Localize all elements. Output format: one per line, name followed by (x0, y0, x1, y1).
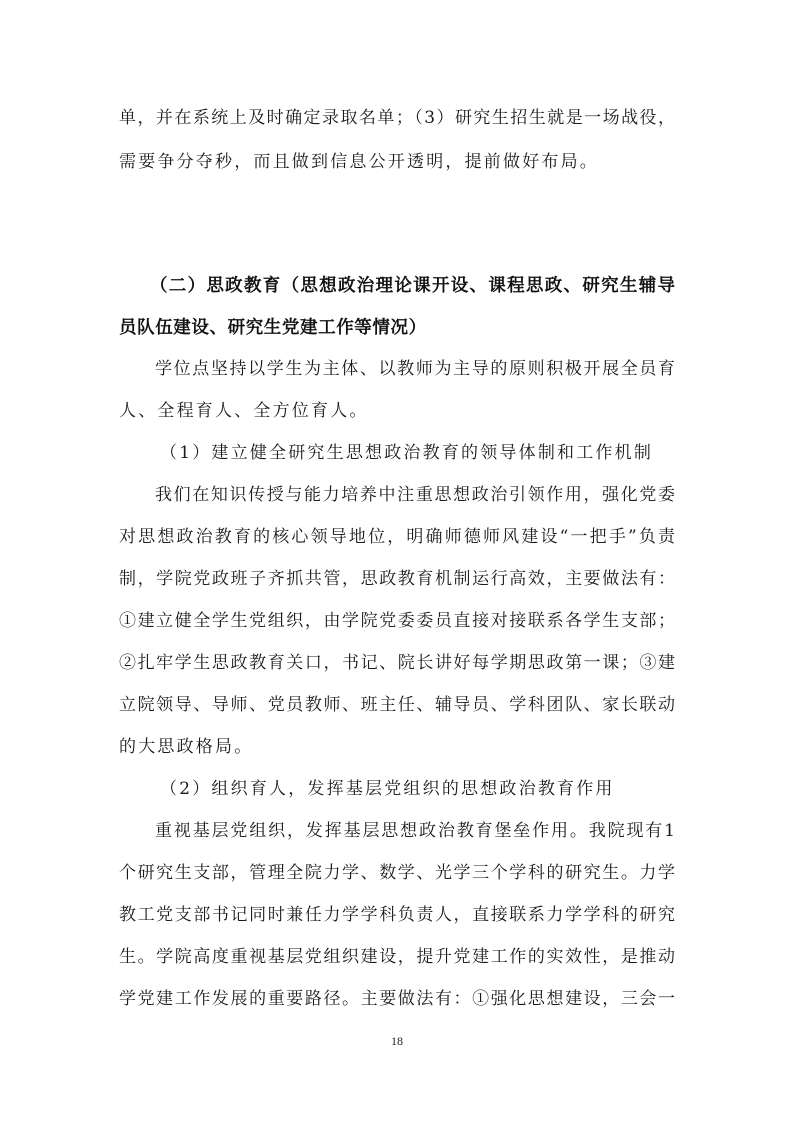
paragraph-line: ②扎牢学生思政教育关口，书记、院长讲好每学期思政第一课；③建 (119, 652, 675, 674)
paragraph-line: ①建立健全学生党组织，由学院党委委员直接对接联系各学生支部； (119, 610, 675, 632)
paragraph-line: 重视基层党组织，发挥基层思想政治教育堡垒作用。我院现有1 (155, 820, 675, 842)
paragraph-line: 对思想政治教育的核心领导地位，明确师德师风建设“一把手”负责 (119, 526, 675, 548)
subsection-title: （2）组织育人，发挥基层党组织的思想政治教育作用 (160, 778, 675, 800)
paragraph-line: 需要争分夺秒，而且做到信息公开透明，提前做好布局。 (119, 151, 675, 173)
paragraph-line: 生。学院高度重视基层党组织建设，提升党建工作的实效性，是推动 (119, 946, 675, 968)
paragraph-line: 立院领导、导师、党员教师、班主任、辅导员、学科团队、家长联动 (119, 694, 675, 716)
paragraph-line: 学党建工作发展的重要路径。主要做法有：①强化思想建设，三会一 (119, 988, 675, 1010)
page-number: 18 (0, 1034, 794, 1049)
paragraph-line: 的大思政格局。 (119, 736, 675, 758)
paragraph-line: 教工党支部书记同时兼任力学学科负责人，直接联系力学学科的研究 (119, 904, 675, 926)
section-heading-continued: 员队伍建设、研究生党建工作等情况） (119, 317, 675, 339)
paragraph-line: 单，并在系统上及时确定录取名单；（3）研究生招生就是一场战役， (119, 107, 675, 129)
paragraph-line: 制，学院党政班子齐抓共管，思政教育机制运行高效，主要做法有： (119, 568, 675, 590)
paragraph-line: 个研究生支部，管理全院力学、数学、光学三个学科的研究生。力学 (119, 862, 675, 884)
paragraph-line: 我们在知识传授与能力培养中注重思想政治引领作用，强化党委 (155, 484, 675, 506)
subsection-title: （1）建立健全研究生思想政治教育的领导体制和工作机制 (160, 442, 675, 464)
intro-paragraph-line: 人、全程育人、全方位育人。 (119, 400, 675, 422)
document-page: 单，并在系统上及时确定录取名单；（3）研究生招生就是一场战役， 需要争分夺秒，而… (0, 0, 794, 1123)
section-heading: （二）思政教育（思想政治理论课开设、课程思政、研究生辅导 (150, 275, 675, 297)
intro-paragraph-line: 学位点坚持以学生为主体、以教师为主导的原则积极开展全员育 (155, 358, 675, 380)
